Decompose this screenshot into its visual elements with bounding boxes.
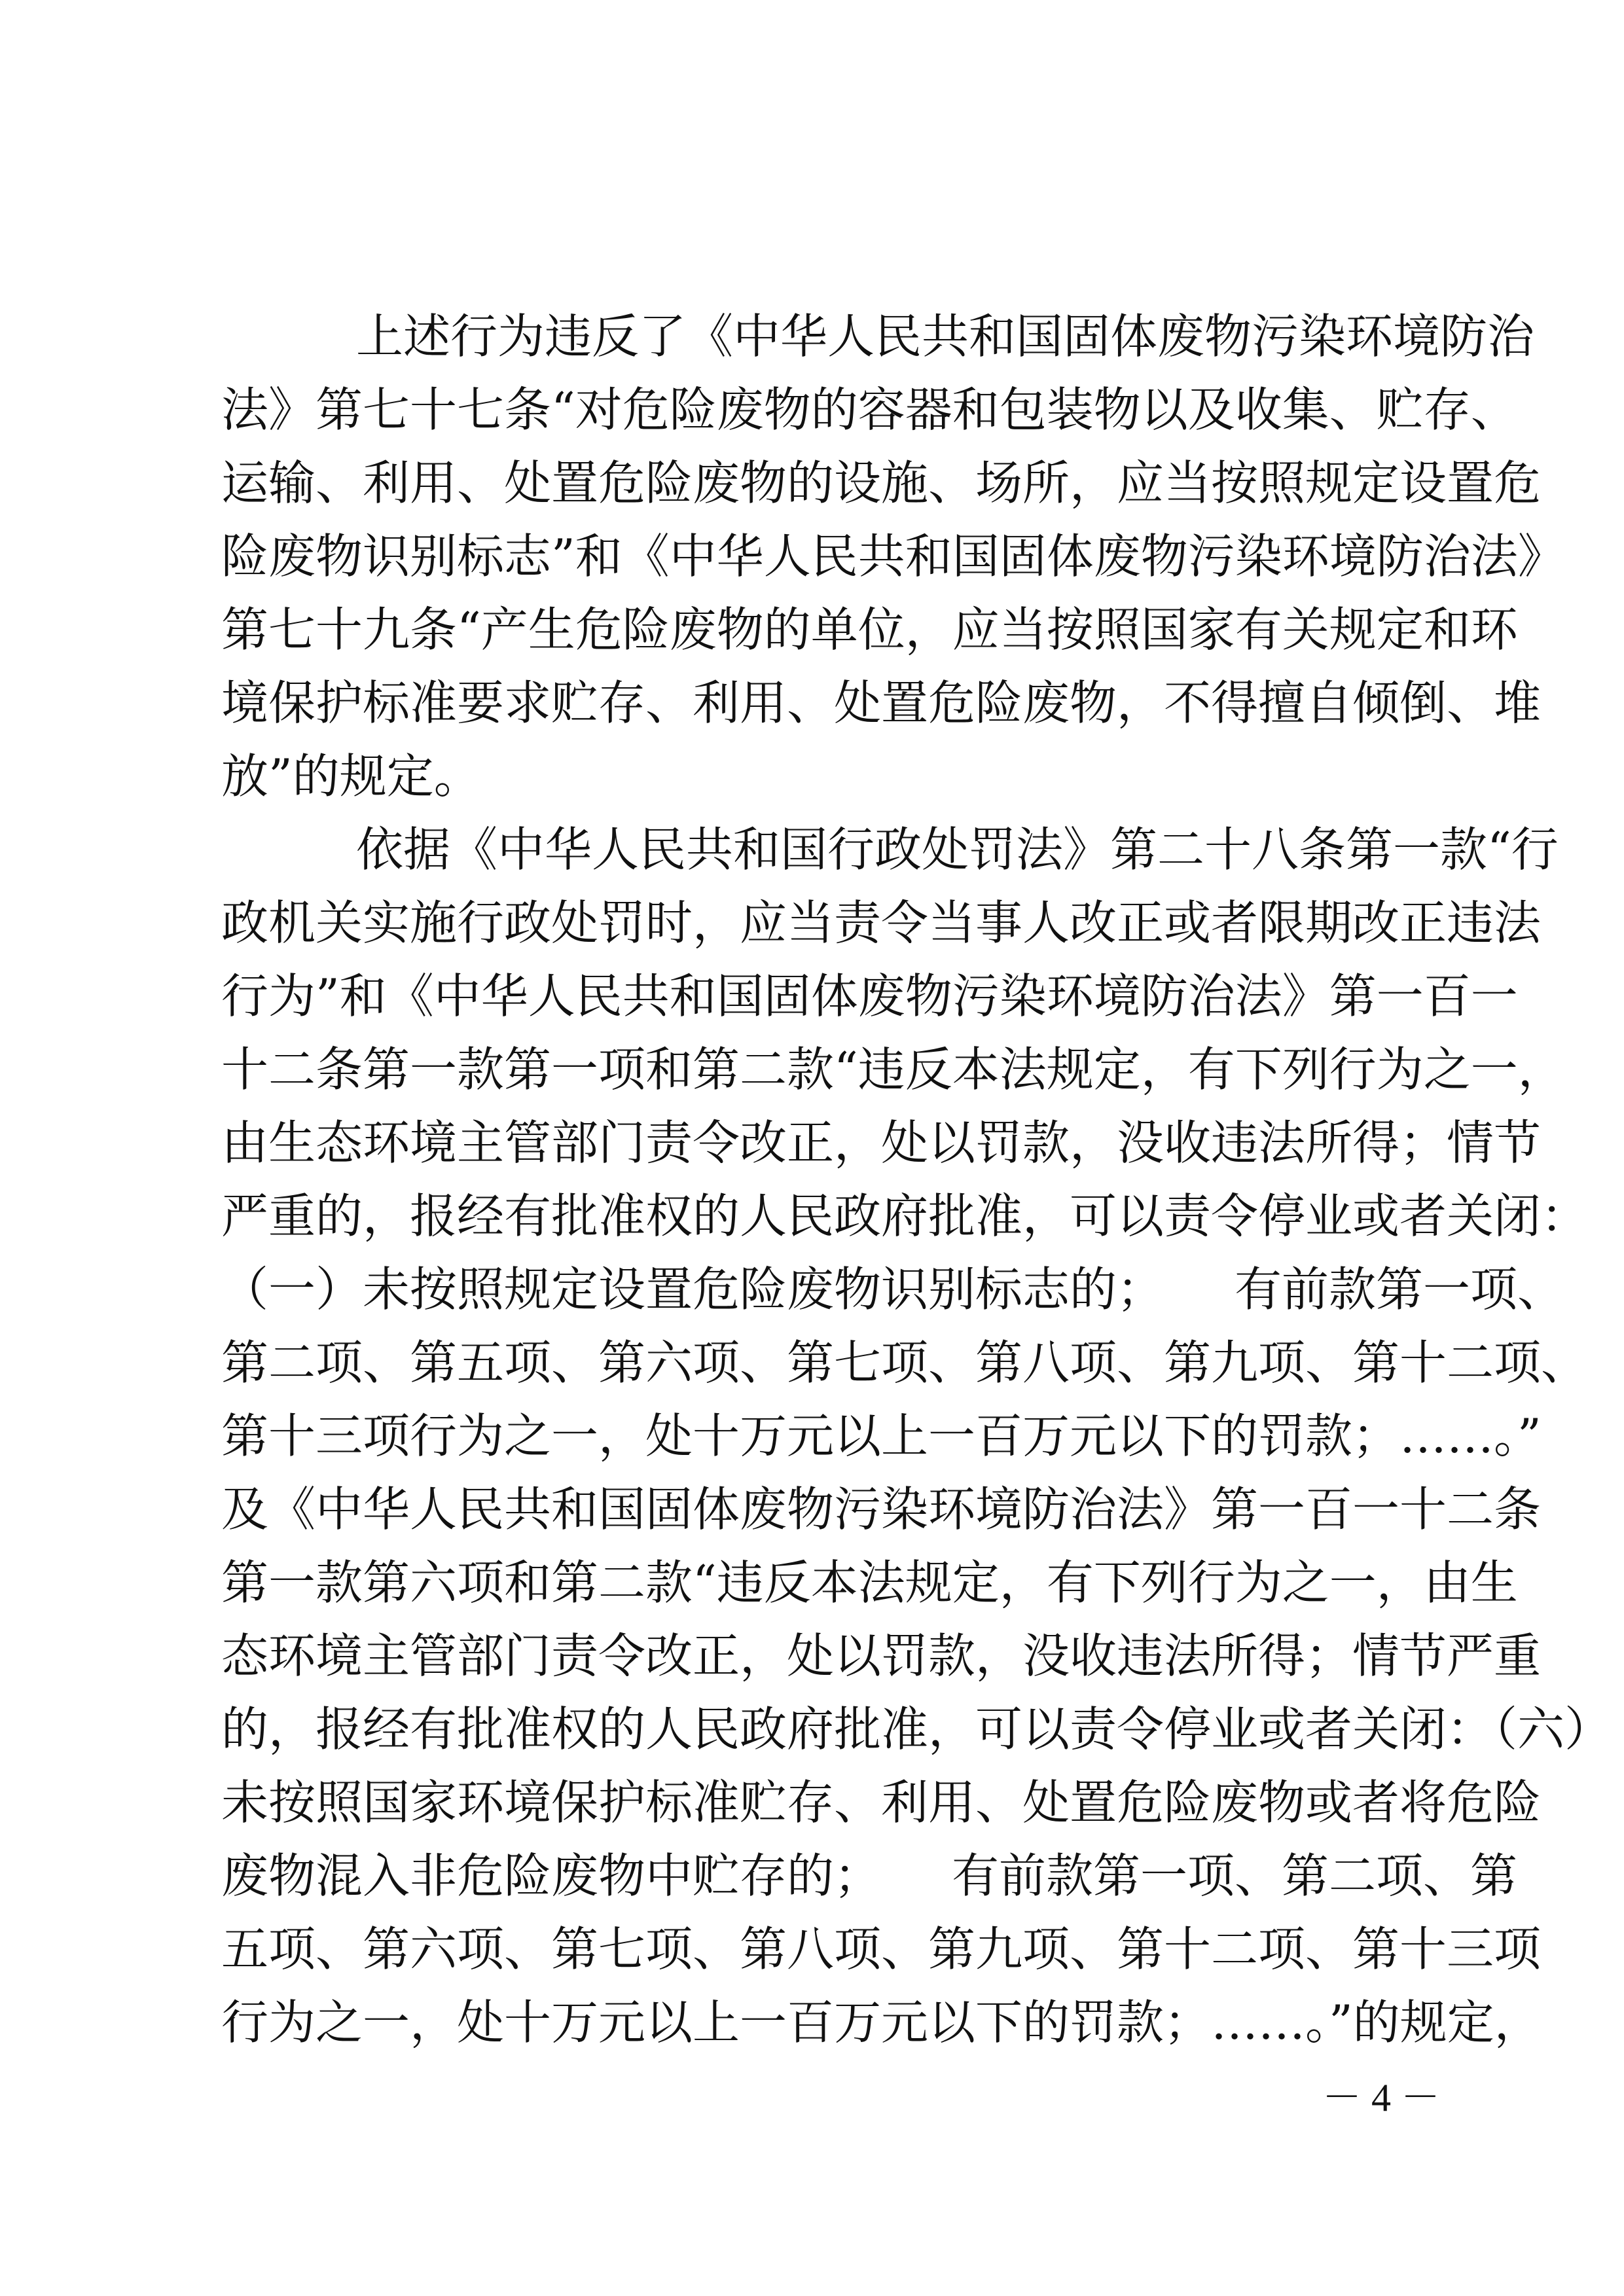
paragraph-2-line-7: （一）未按照规定设置危险废物识别标志的； 有前款第一项、 — [221, 1253, 1434, 1326]
paragraph-1-line-1: 上述行为违反了《中华人民共和国固体废物污染环境防治 — [356, 300, 1434, 373]
paragraph-2-line-14: 未按照国家环境保护标准贮存、利用、处置危险废物或者将危险 — [221, 1766, 1434, 1839]
paragraph-2-line-16: 五项、第六项、第七项、第八项、第九项、第十二项、第十三项 — [221, 1912, 1434, 1986]
document-page: 上述行为违反了《中华人民共和国固体废物污染环境防治 法》第七十七条“对危险废物的… — [0, 0, 1624, 2296]
paragraph-2-line-9: 第十三项行为之一，处十万元以上一百万元以下的罚款；……。” — [221, 1399, 1434, 1473]
paragraph-1-line-4: 险废物识别标志”和《中华人民共和国固体废物污染环境防治法》 — [221, 520, 1434, 593]
paragraph-2-line-4: 十二条第一款第一项和第二款“违反本法规定，有下列行为之一， — [221, 1033, 1434, 1106]
paragraph-2-line-1: 依据《中华人民共和国行政处罚法》第二十八条第一款“行 — [356, 813, 1434, 886]
paragraph-1-line-7: 放”的规定。 — [221, 740, 1434, 813]
paragraph-2-line-11: 第一款第六项和第二款“违反本法规定，有下列行为之一，由生 — [221, 1546, 1434, 1619]
page-number: － 4 － — [1322, 2068, 1434, 2127]
paragraph-2-line-12: 态环境主管部门责令改正，处以罚款，没收违法所得；情节严重 — [221, 1619, 1434, 1693]
paragraph-1-line-2: 法》第七十七条“对危险废物的容器和包装物以及收集、贮存、 — [221, 373, 1434, 446]
paragraph-2-line-8: 第二项、第五项、第六项、第七项、第八项、第九项、第十二项、 — [221, 1326, 1434, 1399]
paragraph-2-line-5: 由生态环境主管部门责令改正，处以罚款，没收违法所得；情节 — [221, 1106, 1434, 1179]
paragraph-2-line-13: 的，报经有批准权的人民政府批准，可以责令停业或者关闭：（六） — [221, 1693, 1434, 1766]
paragraph-1-line-3: 运输、利用、处置危险废物的设施、场所，应当按照规定设置危 — [221, 446, 1434, 520]
paragraph-2-line-2: 政机关实施行政处罚时，应当责令当事人改正或者限期改正违法 — [221, 886, 1434, 960]
paragraph-1-line-6: 境保护标准要求贮存、利用、处置危险废物，不得擅自倾倒、堆 — [221, 666, 1434, 740]
paragraph-2-line-17: 行为之一，处十万元以上一百万元以下的罚款；……。”的规定， — [221, 1986, 1434, 2059]
paragraph-2-line-6: 严重的，报经有批准权的人民政府批准，可以责令停业或者关闭： — [221, 1179, 1434, 1253]
paragraph-2-line-3: 行为”和《中华人民共和国固体废物污染环境防治法》第一百一 — [221, 960, 1434, 1033]
paragraph-2-line-15: 废物混入非危险废物中贮存的； 有前款第一项、第二项、第 — [221, 1839, 1434, 1912]
paragraph-2-line-10: 及《中华人民共和国固体废物污染环境防治法》第一百一十二条 — [221, 1473, 1434, 1546]
paragraph-1-line-5: 第七十九条“产生危险废物的单位，应当按照国家有关规定和环 — [221, 593, 1434, 666]
